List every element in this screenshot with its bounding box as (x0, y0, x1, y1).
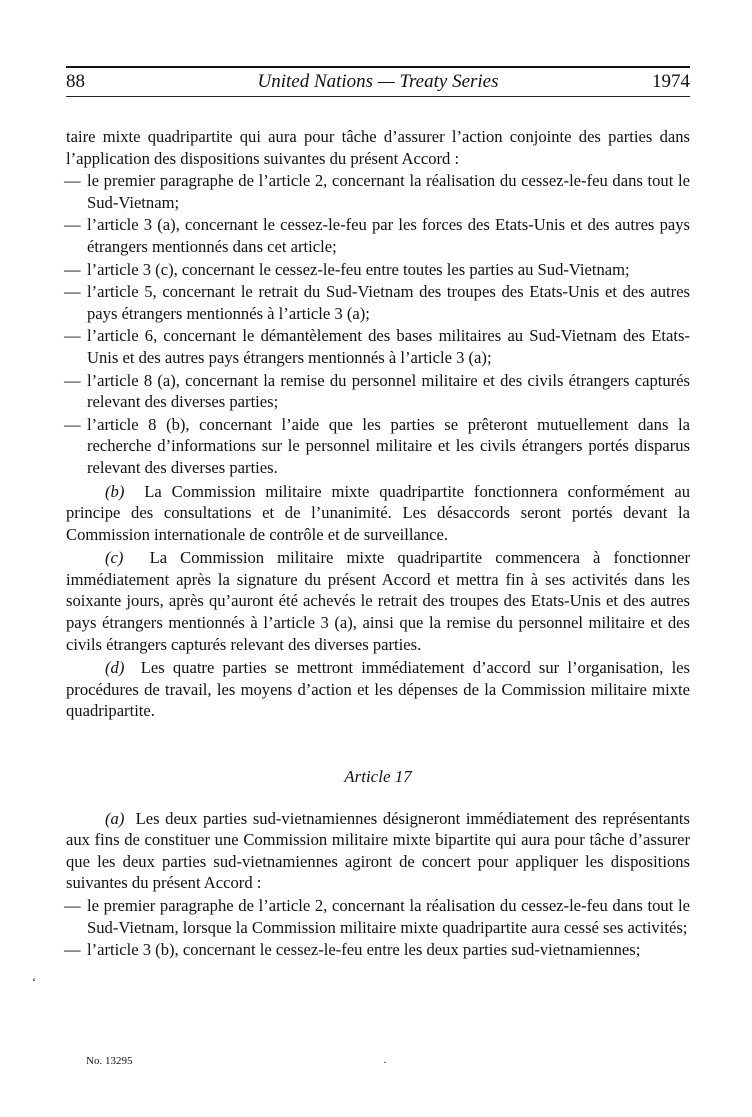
year: 1974 (652, 71, 690, 93)
em-dash: — (64, 259, 81, 281)
article-heading: Article 17 (66, 766, 690, 788)
running-header: 88 United Nations — Treaty Series 1974 (66, 66, 690, 97)
em-dash: — (64, 281, 81, 303)
em-dash: — (64, 414, 81, 436)
series-title: United Nations — Treaty Series (66, 71, 690, 93)
paragraph-d: (d) Les quatre parties se mettront imméd… (66, 657, 690, 722)
paragraph-label: (b) (105, 482, 124, 501)
page-body: taire mixte quadripartite qui aura pour … (66, 126, 690, 961)
paragraph-label: (d) (105, 658, 124, 677)
document-number: No. 13295 (86, 1055, 132, 1067)
list-item: —l’article 3 (b), concernant le cessez-l… (66, 939, 690, 961)
em-dash: — (64, 214, 81, 236)
em-dash: — (64, 370, 81, 392)
list-item: —l’article 3 (c), concernant le cessez-l… (66, 259, 690, 281)
em-dash: — (64, 895, 81, 917)
list-item: —le premier paragraphe de l’article 2, c… (66, 170, 690, 213)
em-dash: — (64, 170, 81, 192)
paragraph-c: (c) La Commission militaire mixte quadri… (66, 547, 690, 655)
list-item: —le premier paragraphe de l’article 2, c… (66, 895, 690, 938)
article17-paragraph-a: (a) Les deux parties sud-vietnamiennes d… (66, 808, 690, 894)
list-item: —l’article 3 (a), concernant le cessez-l… (66, 214, 690, 257)
paragraph-label: (a) (105, 809, 124, 828)
scan-speck: ʻ (32, 975, 36, 990)
intro-paragraph: taire mixte quadripartite qui aura pour … (66, 126, 690, 169)
em-dash: — (64, 939, 81, 961)
list-item: —l’article 5, concernant le retrait du S… (66, 281, 690, 324)
scan-speck: · (383, 1055, 387, 1070)
list-item: —l’article 8 (b), concernant l’aide que … (66, 414, 690, 479)
paragraph-b: (b) La Commission militaire mixte quadri… (66, 481, 690, 546)
em-dash: — (64, 325, 81, 347)
paragraph-label: (c) (105, 548, 123, 567)
list-item: —l’article 6, concernant le démantèlemen… (66, 325, 690, 368)
list-item: —l’article 8 (a), concernant la remise d… (66, 370, 690, 413)
